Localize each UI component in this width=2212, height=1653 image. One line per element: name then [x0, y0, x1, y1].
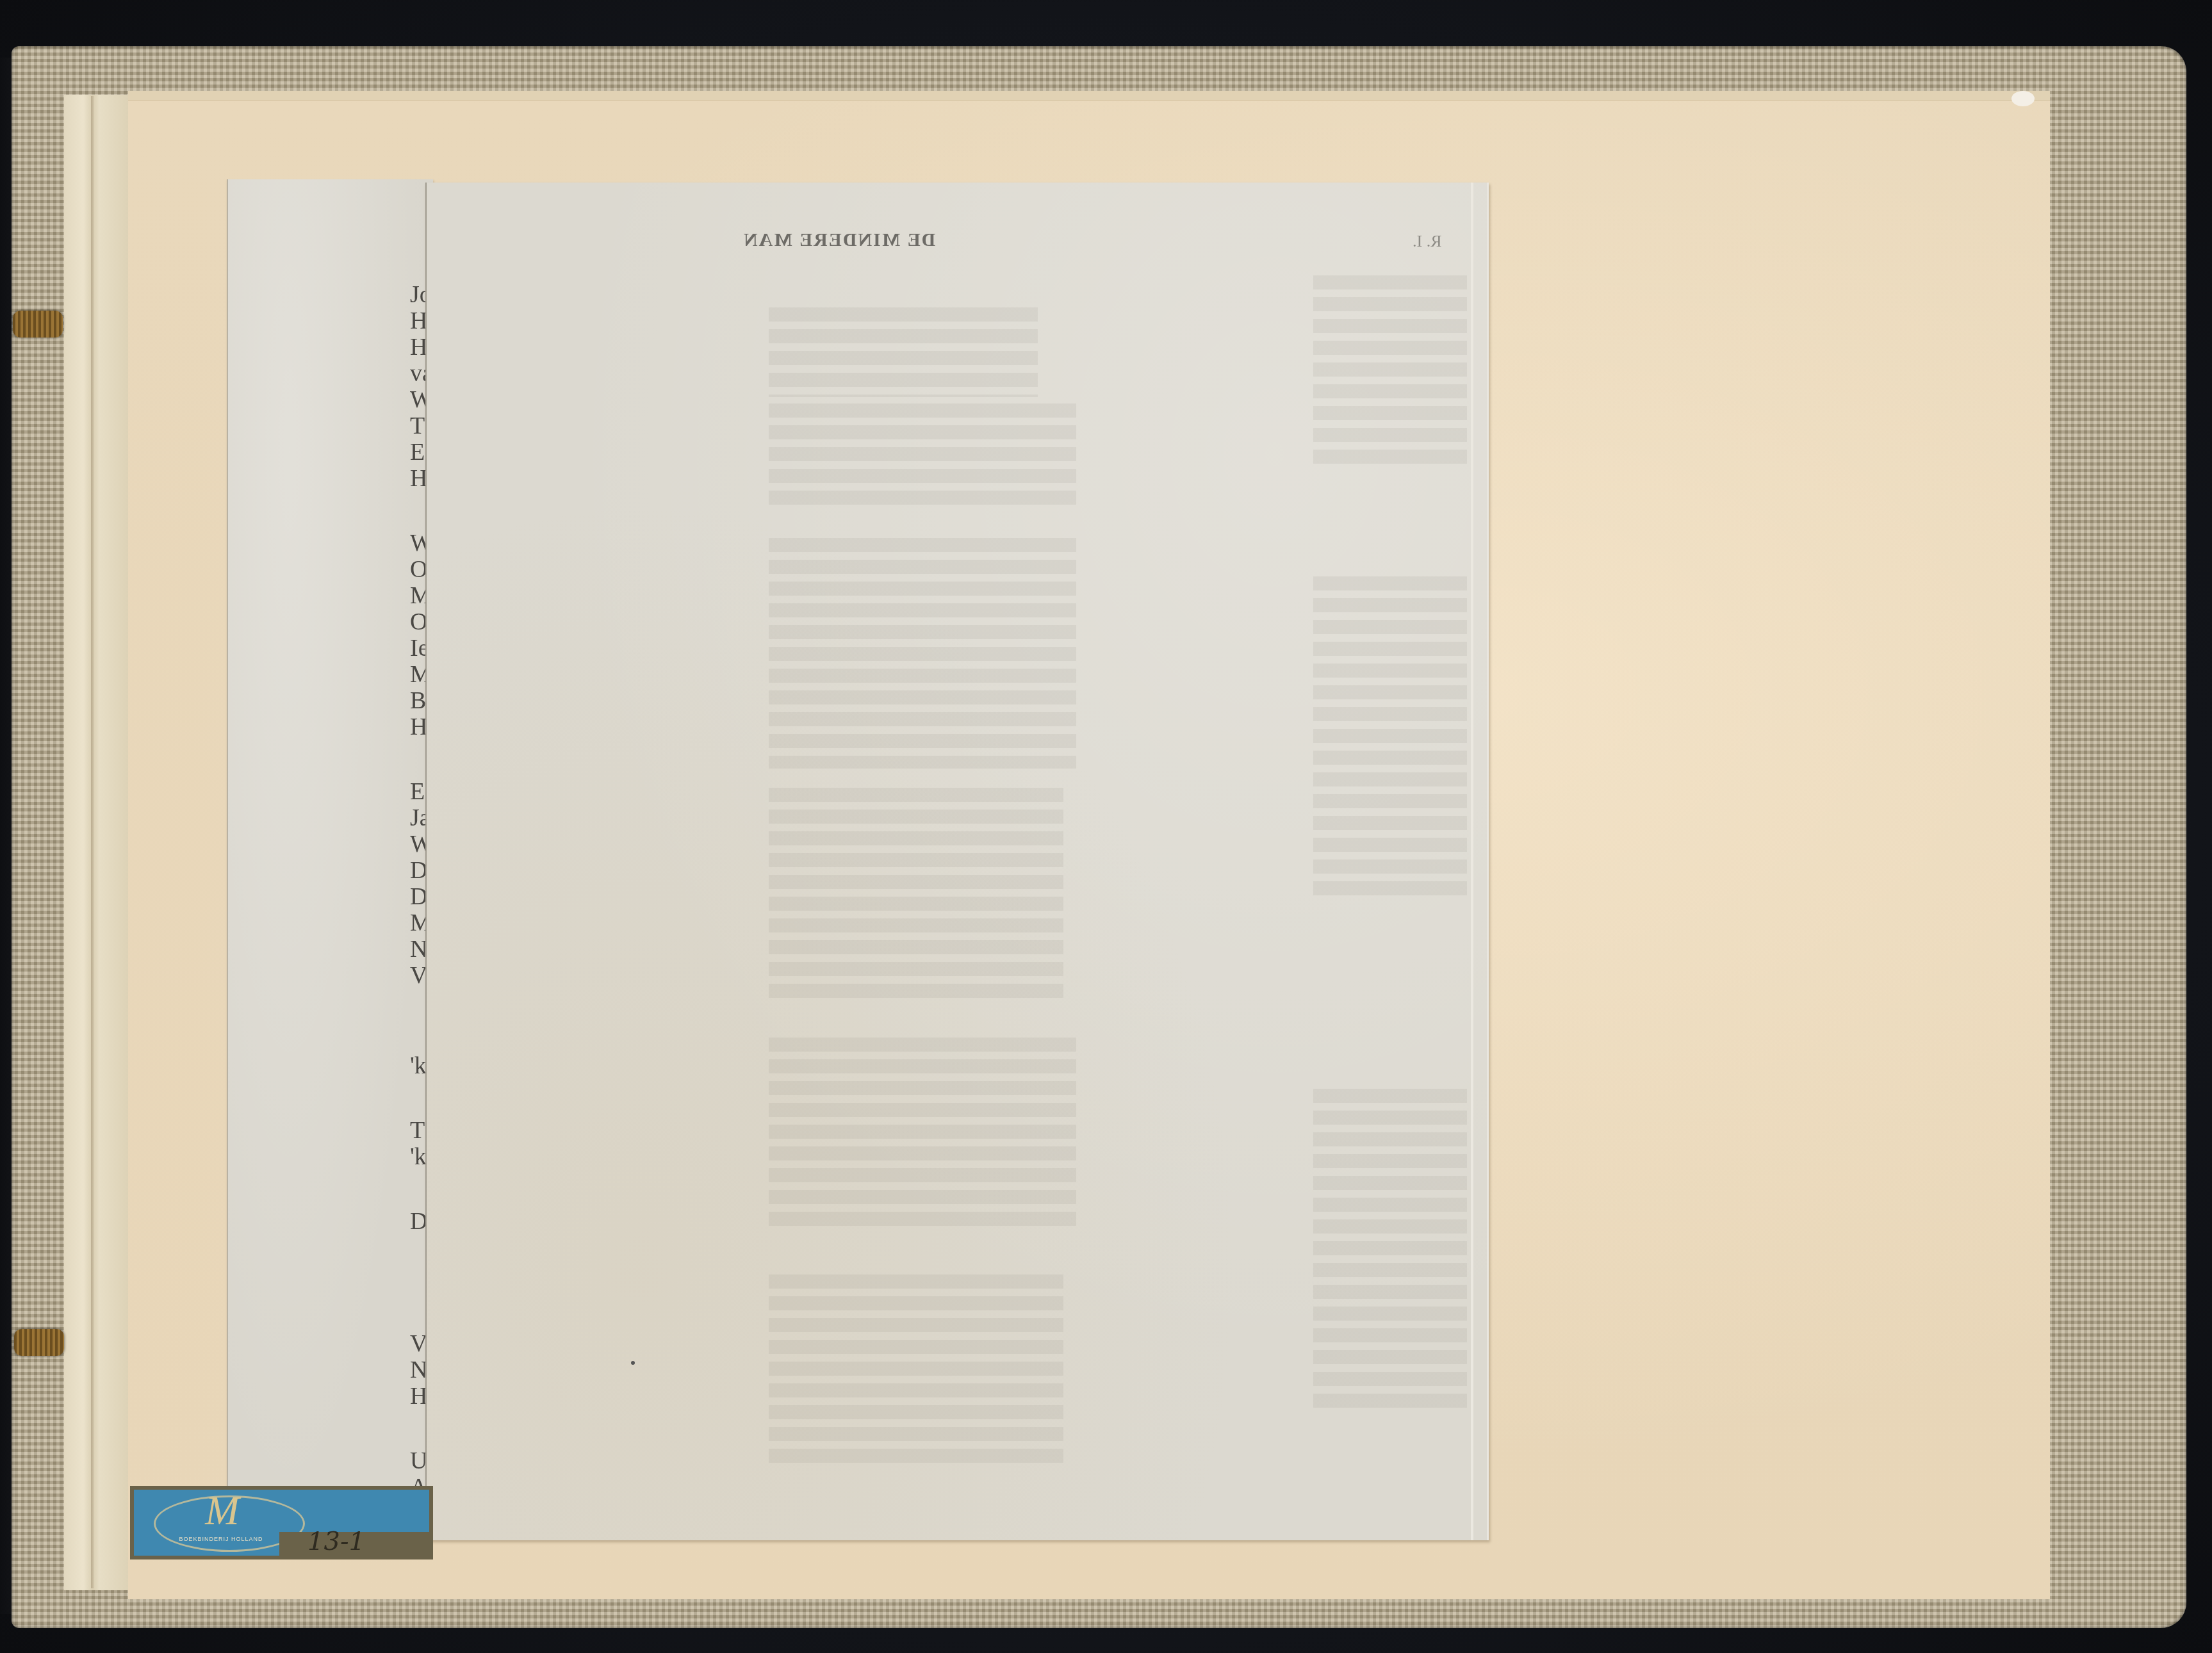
clipping-header-right-mirrored: R. I.	[1413, 232, 1464, 251]
page-wear-spot	[2011, 91, 2035, 106]
page-hinge-strip	[64, 95, 129, 1590]
label-handwritten-number: 13-1	[307, 1527, 423, 1556]
show-through-text	[1313, 1089, 1467, 1409]
show-through-text	[769, 307, 1038, 397]
show-through-text	[769, 1274, 1063, 1467]
clipping-back-sheet	[227, 179, 433, 1533]
show-through-text	[1313, 576, 1467, 897]
ink-dot	[631, 1361, 635, 1365]
hinge-crease	[91, 96, 94, 1588]
label-maker-text: BOEKBINDERIJ HOLLAND	[157, 1536, 285, 1542]
show-through-text	[769, 788, 1063, 1006]
show-through-text	[769, 1038, 1076, 1230]
clipping-fold-edge	[1471, 183, 1473, 1540]
header-right-text: R. I.	[1413, 232, 1442, 251]
show-through-text	[769, 538, 1076, 769]
clipping-header-mirrored: DE MINDERE MAN	[705, 229, 974, 251]
binding-ring-top	[13, 311, 63, 338]
binding-ring-bottom	[14, 1329, 64, 1356]
header-text: DE MINDERE MAN	[742, 229, 935, 251]
label-monogram: M	[168, 1487, 277, 1535]
album-page-top-edge	[128, 91, 2050, 101]
show-through-text	[1313, 275, 1467, 468]
show-through-text	[769, 403, 1076, 512]
